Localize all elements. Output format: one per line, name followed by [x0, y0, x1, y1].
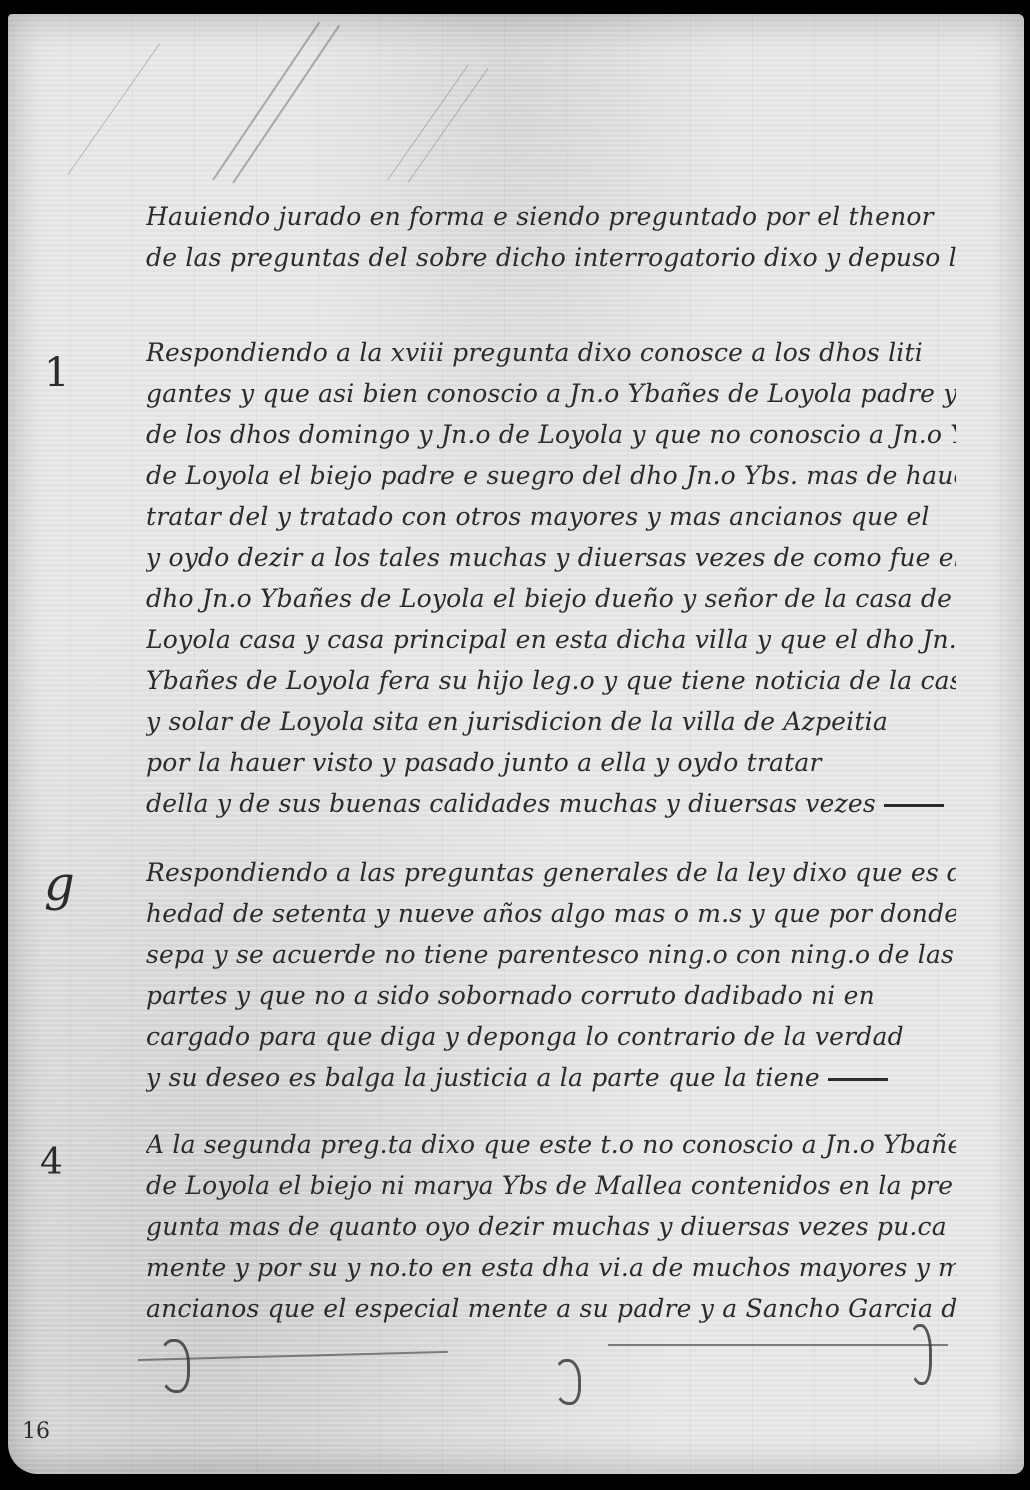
paragraph-question-2: A la segunda preg.ta dixo que este t.o n…	[146, 1124, 956, 1329]
text-line: Hauiendo jurado en forma e siendo pregun…	[146, 196, 956, 237]
text-line: sepa y se acuerde no tiene parentesco ni…	[146, 934, 956, 975]
text-line: y oydo dezir a los tales muchas y diuers…	[146, 537, 956, 578]
text-line: Ybañes de Loyola fera su hijo leg.o y qu…	[146, 660, 956, 701]
paragraph-oath: Hauiendo jurado en forma e siendo pregun…	[146, 196, 956, 278]
folio-number: 16	[22, 1419, 50, 1444]
stray-stroke	[408, 68, 489, 183]
text-line: Respondiendo a las preguntas generales d…	[146, 852, 956, 893]
text-line: de los dhos domingo y Jn.o de Loyola y q…	[146, 414, 956, 455]
stray-stroke	[68, 43, 161, 175]
text-line: Respondiendo a la xviii pregunta dixo co…	[146, 332, 956, 373]
text-line: hedad de setenta y nueve años algo mas o…	[146, 893, 956, 934]
text-line: por la hauer visto y pasado junto a ella…	[146, 742, 956, 783]
stray-stroke	[388, 65, 469, 180]
rubric-flourish-icon	[908, 1324, 932, 1385]
text-line: gunta mas de quanto oyo dezir muchas y d…	[146, 1206, 956, 1247]
text-line: y solar de Loyola sita en jurisdicion de…	[146, 701, 956, 742]
text-line: Loyola casa y casa principal en esta dic…	[146, 619, 956, 660]
text-line: de las preguntas del sobre dicho interro…	[146, 237, 956, 278]
text-line: della y de sus buenas calidades muchas y…	[146, 783, 956, 824]
text-line: tratar del y tratado con otros mayores y…	[146, 496, 956, 537]
text-line: y su deseo es balga la justicia a la par…	[146, 1057, 956, 1098]
text-line: partes y que no a sido sobornado corruto…	[146, 975, 956, 1016]
text-line: mente y por su y no.to en esta dha vi.a …	[146, 1247, 956, 1288]
text-line: ancianos que el especial mente a su padr…	[146, 1288, 956, 1329]
margin-note-g: g	[44, 856, 75, 912]
paragraph-question-18: Respondiendo a la xviii pregunta dixo co…	[146, 332, 956, 824]
manuscript-page: 1 g 4 Hauiendo jurado en forma e siendo …	[8, 14, 1024, 1474]
stray-stroke	[232, 25, 340, 184]
margin-note-4: 4	[40, 1142, 63, 1183]
rubric-flourish-icon	[158, 1339, 190, 1393]
text-line: A la segunda preg.ta dixo que este t.o n…	[146, 1124, 956, 1165]
text-line: dho Jn.o Ybañes de Loyola el biejo dueño…	[146, 578, 956, 619]
paragraph-general-questions: Respondiendo a las preguntas generales d…	[146, 852, 956, 1098]
text-line: gantes y que asi bien conoscio a Jn.o Yb…	[146, 373, 956, 414]
text-line: cargado para que diga y deponga lo contr…	[146, 1016, 956, 1057]
margin-note-1: 1	[44, 350, 69, 396]
stray-stroke	[212, 22, 320, 181]
text-line: de Loyola el biejo ni marya Ybs de Malle…	[146, 1165, 956, 1206]
text-line: de Loyola el biejo padre e suegro del dh…	[146, 455, 956, 496]
closing-rule-right	[608, 1344, 948, 1346]
rubric-flourish-icon	[553, 1359, 581, 1405]
